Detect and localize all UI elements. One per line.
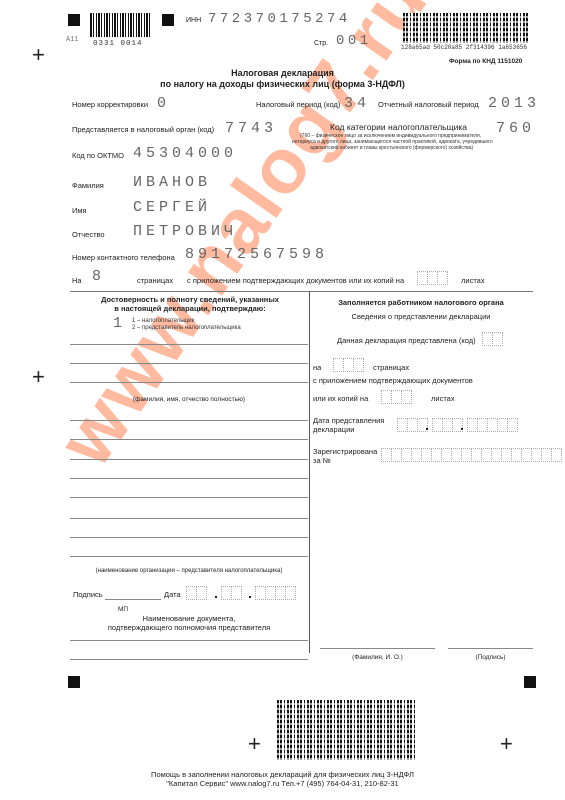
page-label: Стр. xyxy=(314,40,328,47)
corner-marker xyxy=(524,676,536,688)
fio-line[interactable] xyxy=(70,363,308,364)
patronymic-value[interactable]: ПЕТРОВИЧ xyxy=(133,223,237,240)
office-attachments-label: с приложением подтверждающих документов xyxy=(313,376,473,385)
office-pages-prefix: на xyxy=(313,363,321,372)
name-value[interactable]: СЕРГЕЙ xyxy=(133,199,211,216)
office-date-day-cells[interactable] xyxy=(397,418,427,432)
date-separator xyxy=(215,596,217,598)
fio-line[interactable] xyxy=(70,382,308,383)
office-sheets-cells[interactable] xyxy=(381,390,411,404)
report-year-label: Отчетный налоговый период xyxy=(378,100,479,109)
org-line[interactable] xyxy=(70,459,308,460)
signature-label: Подпись xyxy=(73,590,103,599)
correction-value[interactable]: 0 xyxy=(157,95,170,112)
confirm-heading: Достоверность и полноту сведений, указан… xyxy=(70,295,310,304)
qr-hash: 128a65ad 50c20a85 2f314396 1a653656 xyxy=(401,44,527,51)
patronymic-label: Отчество xyxy=(72,230,105,239)
footer-contact-text: "Капитал Сервис" www.nalog7.ru Тел.+7 (4… xyxy=(0,779,565,788)
registered-number-cells[interactable] xyxy=(381,448,561,462)
registration-cross-icon: + xyxy=(248,733,261,755)
stamp-label: МП xyxy=(118,606,128,613)
confirm-heading: в настоящей декларации, подтверждаю: xyxy=(70,304,310,313)
pages-value[interactable]: 8 xyxy=(92,268,105,285)
org-line[interactable] xyxy=(70,420,308,421)
org-line[interactable] xyxy=(70,518,308,519)
footer-help-text: Помощь в заполнении налоговых деклараций… xyxy=(0,770,565,779)
registered-label: Зарегистрирована xyxy=(313,447,377,456)
org-line[interactable] xyxy=(70,556,308,557)
office-sheets-label: листах xyxy=(431,394,455,403)
office-signature-line[interactable] xyxy=(448,648,533,649)
doc-caption: Наименование документа, xyxy=(70,614,308,623)
presented-code-cells[interactable] xyxy=(482,332,502,346)
registration-cross-icon: + xyxy=(500,733,513,755)
phone-value[interactable]: 89172567598 xyxy=(185,246,328,263)
bottom-2d-barcode xyxy=(277,700,417,760)
org-line[interactable] xyxy=(70,497,308,498)
office-fio-line[interactable] xyxy=(320,648,435,649)
tax-period-label: Налоговый период (код) xyxy=(256,100,340,109)
phone-label: Номер контактного телефона xyxy=(72,253,175,262)
date-year-cells[interactable] xyxy=(255,586,295,600)
corner-marker xyxy=(162,14,174,26)
oktmo-value[interactable]: 45304000 xyxy=(133,145,237,162)
registration-cross-icon: + xyxy=(32,44,45,66)
surname-label: Фамилия xyxy=(72,181,104,190)
knd-label: Форма по КНД 1151020 xyxy=(449,58,522,65)
attachments-label: с приложением подтверждающих документов … xyxy=(187,276,404,285)
registered-label: за № xyxy=(313,456,331,465)
org-line[interactable] xyxy=(70,478,308,479)
office-heading: Заполняется работником налогового органа xyxy=(310,298,532,307)
attachment-sheets-cells[interactable] xyxy=(417,271,447,285)
fio-caption: (фамилия, имя, отчество полностью) xyxy=(70,396,308,403)
date-label: Дата xyxy=(164,590,181,599)
tax-period-value[interactable]: 34 xyxy=(344,95,370,112)
doc-caption: подтверждающего полномочия представителя xyxy=(70,623,308,632)
fio-line[interactable] xyxy=(70,344,308,345)
name-label: Имя xyxy=(72,206,87,215)
signer-value[interactable]: 1 xyxy=(113,315,126,332)
doc-line[interactable] xyxy=(70,659,308,660)
page-value: 001 xyxy=(336,33,372,49)
signer-option: 2 – представитель налогоплательщика xyxy=(132,325,241,331)
office-date-label: Дата представления xyxy=(313,416,384,425)
sheets-label: листах xyxy=(461,276,485,285)
presented-label: Данная декларация представлена (код) xyxy=(337,336,476,345)
office-date-month-cells[interactable] xyxy=(432,418,462,432)
inn-value: 772370175274 xyxy=(208,11,351,27)
office-pages-label: страницах xyxy=(373,363,409,372)
office-copies-label: или их копий на xyxy=(313,394,368,403)
date-month-cells[interactable] xyxy=(221,586,241,600)
office-pages-cells[interactable] xyxy=(333,358,363,372)
form-code-small: A11 xyxy=(66,36,79,44)
corner-marker xyxy=(68,14,80,26)
page-title: Налоговая декларация xyxy=(0,68,565,79)
office-signature-caption: (Подпись) xyxy=(448,654,533,661)
date-day-cells[interactable] xyxy=(186,586,206,600)
inn-label: ИНН xyxy=(186,17,201,24)
org-line[interactable] xyxy=(70,537,308,538)
report-year-value[interactable]: 2013 xyxy=(488,95,540,112)
pages-prefix-label: На xyxy=(72,276,82,285)
page-subtitle: по налогу на доходы физических лиц (форм… xyxy=(0,79,565,90)
doc-line[interactable] xyxy=(70,640,308,641)
corner-marker xyxy=(68,676,80,688)
qr-code xyxy=(403,13,529,43)
org-caption: (наименование организации – представител… xyxy=(70,568,308,574)
pages-label: страницах xyxy=(137,276,173,285)
registration-cross-icon: + xyxy=(32,366,45,388)
barcode xyxy=(90,13,152,37)
signature-line[interactable] xyxy=(105,599,161,600)
surname-value[interactable]: ИВАНОВ xyxy=(133,174,211,191)
date-separator xyxy=(249,596,251,598)
date-separator xyxy=(461,428,463,430)
office-date-label: декларации xyxy=(313,425,354,434)
category-label: Код категории налогоплательщика xyxy=(330,122,467,132)
tax-authority-label: Представляется в налоговый орган (код) xyxy=(72,125,214,134)
oktmo-label: Код по ОКТМО xyxy=(72,151,124,160)
office-subheading: Сведения о представлении декларации xyxy=(310,312,532,321)
date-separator xyxy=(426,428,428,430)
category-value[interactable]: 760 xyxy=(496,120,535,137)
barcode-number: 0331 0014 xyxy=(93,40,143,48)
office-fio-caption: (Фамилия, И. О.) xyxy=(320,654,435,661)
tax-authority-value[interactable]: 7743 xyxy=(225,120,277,137)
divider xyxy=(309,291,310,653)
category-note: адвокатский кабинет и главы крестьянског… xyxy=(310,145,473,151)
signer-option: 1 – налогоплательщик xyxy=(132,318,194,324)
divider xyxy=(70,291,533,292)
office-date-year-cells[interactable] xyxy=(467,418,517,432)
correction-label: Номер корректировки xyxy=(72,100,148,109)
org-line[interactable] xyxy=(70,439,308,440)
